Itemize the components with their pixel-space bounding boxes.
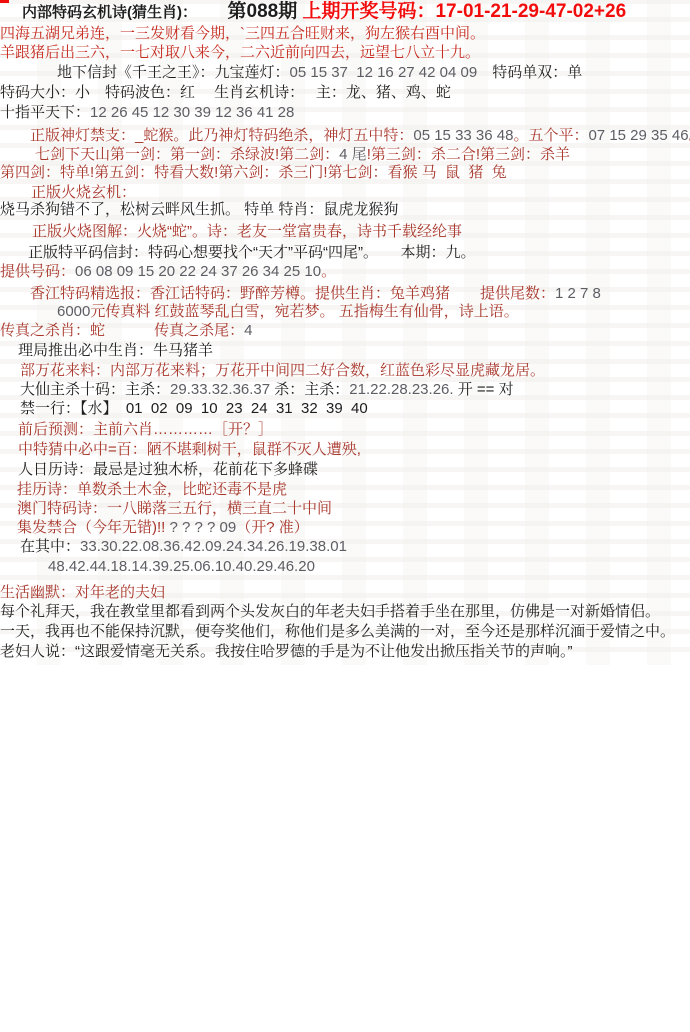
text-segment: 第088期: [190, 1, 298, 22]
text-segment: 集发禁合（今年无错)!!: [17, 519, 165, 536]
document-page: 内部特码玄机诗(猜生肖)： 第088期 上期开奖号码：17-01-21-29-4…: [0, 0, 690, 1032]
text-segment: 生活幽默：对年老的夫妇: [0, 584, 165, 601]
text-segment: 挂历诗：单数杀土木金，比蛇还毒不是虎: [17, 481, 287, 498]
text-line: 内部特码玄机诗(猜生肖)： 第088期 上期开奖号码：17-01-21-29-4…: [22, 3, 626, 22]
text-segment: 元传真料 红鼓蓝琴乱白雪，宛若梦。 五指梅生有仙骨，诗上语。: [90, 303, 518, 320]
text-line: 挂历诗：单数杀土木金，比蛇还毒不是虎: [17, 481, 287, 499]
text-line: 香江特码精选报：香江话特码：野醉芳樽。提供生肖：兔羊鸡猪 提供尾数：1 2 7 …: [30, 285, 601, 303]
text-segment: 内部特码玄机诗(猜生肖)：: [22, 4, 190, 21]
text-segment: 07 15 29 35 46: [588, 127, 688, 144]
text-segment: 。五个平：: [513, 127, 588, 144]
text-segment: 4: [244, 322, 252, 339]
text-segment: 每个礼拜天，我在教堂里都看到两个头发灰白的年老夫妇手搭着手坐在那里，仿佛是一对新…: [0, 603, 660, 620]
text-line: 每个礼拜天，我在教堂里都看到两个头发灰白的年老夫妇手搭着手坐在那里，仿佛是一对新…: [0, 603, 660, 621]
text-segment: 羊跟猪后出三六，一七对取八来今，二六近前向四去，远望七八立十九。: [0, 44, 480, 61]
text-segment: 正版特平码信封：特码心想要找个“天才”平码“四尾”。 本期：九。: [28, 244, 475, 261]
text-line: 羊跟猪后出三六，一七对取八来今，二六近前向四去，远望七八立十九。: [0, 44, 480, 62]
text-segment: 老妇人说：“这跟爱情毫无关系。我按住哈罗德的手是为不让他发出掀压指关节的声响。”: [0, 643, 573, 660]
text-segment: 烧马杀狗错不了，松树云畔风生抓。 特单 特肖：鼠虎龙猴狗: [0, 201, 398, 218]
text-segment: 。: [321, 263, 336, 280]
text-segment: 48.42.44.18.14.39.25.06.10.40.29.46.20: [48, 558, 315, 575]
text-line: 理局推出必中生肖：牛马猪羊: [18, 342, 213, 360]
text-segment: 杀：主杀：: [270, 381, 349, 398]
text-line: 部万花来料：内部万花来料；万花开中间四二好合数，红蓝色彩尽显虎藏龙居。: [20, 362, 545, 380]
text-segment: 提供号码：: [0, 263, 75, 280]
text-line: 一天，我再也不能保持沉默，便夸奖他们，称他们是多么美满的一对，至今还是那样沉湎于…: [0, 623, 675, 641]
text-segment: 理局推出必中生肖：牛马猪羊: [18, 342, 213, 359]
text-line: 48.42.44.18.14.39.25.06.10.40.29.46.20: [48, 558, 315, 576]
text-line: 四海五湖兄弟连，一三发财看今期，`三四五合旺财来，狗左猴右酉中间。: [0, 25, 485, 43]
text-segment: 特码单双：单: [477, 64, 582, 81]
text-segment: 在其中：: [20, 538, 80, 555]
text-line: 前后预测：主前六肖…………［开？］: [18, 421, 273, 439]
text-segment: 正版火烧玄机：: [31, 184, 136, 201]
text-line: 地下信封《千王之王》：九宝莲灯：05 15 37 12 16 27 42 04 …: [57, 64, 582, 82]
text-segment: ? ? ? ? 09: [165, 519, 236, 536]
text-segment: 开 == 对: [454, 381, 514, 398]
text-segment: 中特猜中必中=百：陋不堪剩树干，鼠群不灭人遭殃,: [18, 441, 361, 458]
text-segment: 七剑下天山第一剑：第一剑：杀绿波!第二剑：: [35, 146, 339, 163]
text-line: 特码大小：小 特码波色：红 生肖玄机诗： 主：龙、猪、鸡、蛇: [0, 84, 451, 102]
text-segment: 香江特码精选报：香江话特码：野醉芳樽。提供生肖：兔羊鸡猪 提供尾数：: [30, 285, 555, 302]
corner-mark: [0, 0, 9, 3]
text-line: 集发禁合（今年无错)!! ? ? ? ? 09（开? 准）: [17, 519, 309, 537]
text-line: 正版火烧图解：火烧“蛇”。诗：老友一堂富贵春，诗书千载经纶事: [32, 223, 462, 241]
text-segment: 05 15 37 12 16 27 42 04 09: [290, 64, 478, 81]
text-segment: 传真之杀肖：蛇 传真之杀尾：: [0, 322, 244, 339]
text-segment: 澳门特码诗：一八睇落三五行，横三直二十中间: [17, 500, 332, 517]
text-segment: 一天，我再也不能保持沉默，便夸奖他们，称他们是多么美满的一对，至今还是那样沉湎于…: [0, 623, 675, 640]
text-segment: （开? 准）: [236, 519, 309, 536]
text-segment: 06 08 09 15 20 22 24 37 26 34 25 10: [75, 263, 321, 280]
text-segment: 前后预测：主前六肖…………［开？］: [18, 421, 273, 438]
text-line: 第四剑：特单!第五剑：特看大数!第六剑：杀三门!第七剑：看猴 马 鼠 猪 兔: [0, 164, 507, 182]
text-line: 在其中：33.30.22.08.36.42.09.24.34.26.19.38.…: [20, 538, 347, 556]
text-line: 正版特平码信封：特码心想要找个“天才”平码“四尾”。 本期：九。: [28, 244, 475, 262]
text-line: 生活幽默：对年老的夫妇: [0, 584, 165, 602]
text-segment: 正版神灯禁支：_蛇猴。此乃神灯特码绝杀，神灯五中特：: [30, 127, 413, 144]
text-line: 人日历诗：最忌是过独木桥，花前花下多蜂碟: [18, 461, 318, 479]
text-segment: 05 15 33 36 48: [413, 127, 513, 144]
text-line: 中特猜中必中=百：陋不堪剩树干，鼠群不灭人遭殃,: [18, 441, 361, 459]
text-segment: 29.33.32.36.37: [170, 381, 270, 398]
text-segment: 正版火烧图解：火烧“蛇”。诗：老友一堂富贵春，诗书千载经纶事: [32, 223, 462, 240]
text-segment: 12 26 45 12 30 39 12 36 41 28: [90, 104, 294, 121]
text-segment: 十指平天下：: [0, 104, 90, 121]
text-segment: 6000: [57, 303, 90, 320]
text-segment: 人日历诗：最忌是过独木桥，花前花下多蜂碟: [18, 461, 318, 478]
text-segment: 21.22.28.23.26.: [349, 381, 453, 398]
text-segment: 禁一行：【水】 01 02 09 10 23 24 31 32 39 40: [20, 400, 368, 417]
text-line: 大仙主杀十码：主杀：29.33.32.36.37 杀：主杀：21.22.28.2…: [20, 381, 514, 399]
text-segment: 4 尾: [339, 146, 367, 163]
text-line: 传真之杀肖：蛇 传真之杀尾：4: [0, 322, 253, 340]
text-line: 6000元传真料 红鼓蓝琴乱白雪，宛若梦。 五指梅生有仙骨，诗上语。: [57, 303, 519, 321]
text-line: 烧马杀狗错不了，松树云畔风生抓。 特单 特肖：鼠虎龙猴狗: [0, 201, 398, 219]
text-segment: 1 2 7 8: [555, 285, 601, 302]
text-segment: 上期开奖号码：17-01-21-29-47-02+26: [297, 1, 626, 22]
text-segment: 33.30.22.08.36.42.09.24.34.26.19.38.01: [80, 538, 347, 555]
text-segment: 部万花来料：内部万花来料；万花开中间四二好合数，红蓝色彩尽显虎藏龙居。: [20, 362, 545, 379]
text-segment: 地下信封《千王之王》：九宝莲灯：: [57, 64, 290, 81]
text-segment: 大仙主杀十码：主杀：: [20, 381, 170, 398]
text-line: 十指平天下：12 26 45 12 30 39 12 36 41 28: [0, 104, 294, 122]
text-segment: 第四剑：特单!第五剑：特看大数!第六剑：杀三门!第七剑：看猴 马 鼠 猪 兔: [0, 164, 507, 181]
text-line: 七剑下天山第一剑：第一剑：杀绿波!第二剑：4 尾!第三剑：杀二合!第三剑：杀羊: [35, 146, 570, 164]
text-segment: !第三剑：杀二合!第三剑：杀羊: [367, 146, 570, 163]
text-line: 澳门特码诗：一八睇落三五行，横三直二十中间: [17, 500, 332, 518]
text-line: 提供号码：06 08 09 15 20 22 24 37 26 34 25 10…: [0, 263, 336, 281]
text-line: 老妇人说：“这跟爱情毫无关系。我按住哈罗德的手是为不让他发出掀压指关节的声响。”: [0, 643, 573, 661]
text-line: 正版神灯禁支：_蛇猴。此乃神灯特码绝杀，神灯五中特：05 15 33 36 48…: [30, 127, 690, 145]
text-line: 禁一行：【水】 01 02 09 10 23 24 31 32 39 40: [20, 400, 368, 418]
text-segment: 特码大小：小 特码波色：红 生肖玄机诗： 主：龙、猪、鸡、蛇: [0, 84, 451, 101]
text-segment: 四海五湖兄弟连，一三发财看今期，`三四五合旺财来，狗左猴右酉中间。: [0, 25, 485, 42]
text-line: 正版火烧玄机：: [31, 184, 136, 202]
